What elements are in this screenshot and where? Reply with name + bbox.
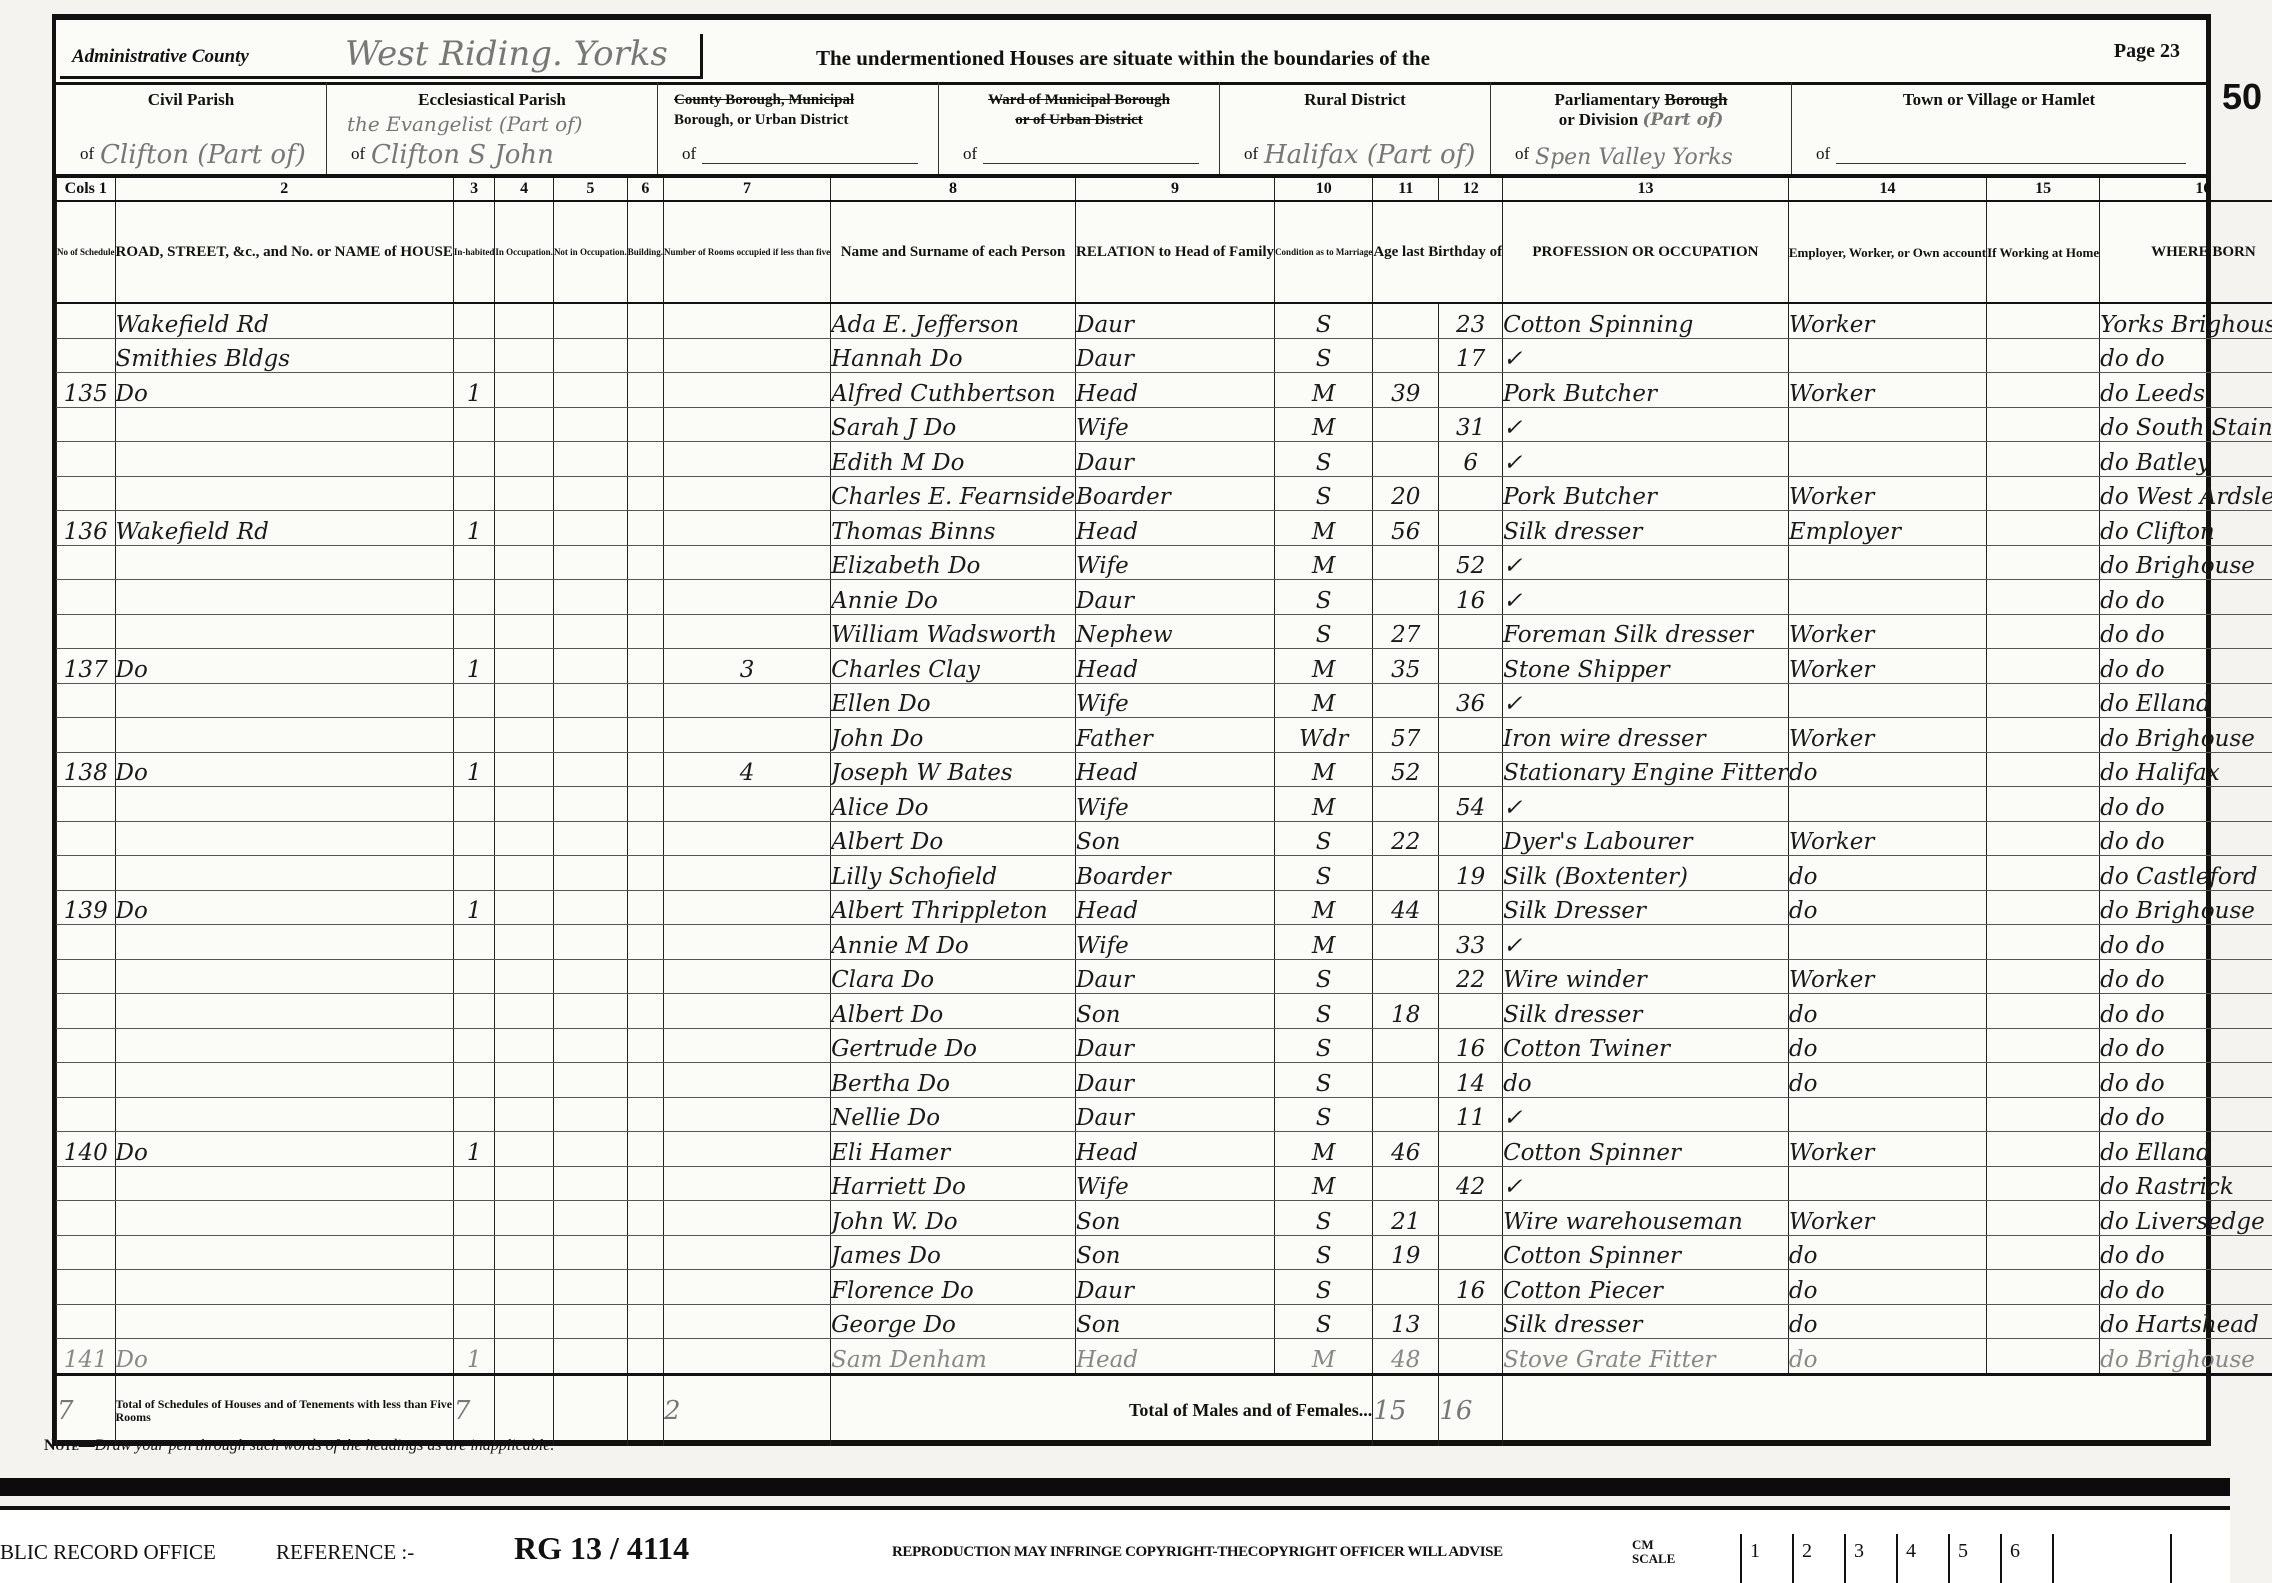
- schedule-number: [57, 545, 116, 580]
- rooms-count: [663, 476, 830, 511]
- rooms-count: [663, 994, 830, 1029]
- header-top: Administrative County West Riding. Yorks…: [56, 20, 2206, 85]
- inhabited-count: [453, 821, 495, 856]
- relation: Wife: [1076, 683, 1275, 718]
- person-name: Nellie Do: [831, 1097, 1076, 1132]
- person-row: 139Do1Albert ThrippletonHeadM44Silk Dres…: [57, 890, 2272, 925]
- person-row: Charles E. FearnsideBoarderS20Pork Butch…: [57, 476, 2272, 511]
- road-name: [115, 1028, 453, 1063]
- birthplace: do Brighouse: [2100, 718, 2272, 753]
- inhabited-count: [453, 1166, 495, 1201]
- male-age: 48: [1373, 1339, 1439, 1375]
- marital-condition: S: [1275, 580, 1373, 615]
- person-row: Wakefield RdAda E. JeffersonDaurS23Cotto…: [57, 303, 2272, 338]
- road-name: [115, 994, 453, 1029]
- road-name: [115, 580, 453, 615]
- relation: Son: [1076, 1235, 1275, 1270]
- road-name: Do: [115, 1339, 453, 1375]
- male-age: [1373, 338, 1439, 373]
- birthplace: do do: [2100, 614, 2272, 649]
- occupation: Cotton Spinner: [1503, 1235, 1789, 1270]
- occupation: Stove Grate Fitter: [1503, 1339, 1789, 1375]
- person-row: Albert DoSonS18Silk dresserdodo do: [57, 994, 2272, 1029]
- male-age: 52: [1373, 752, 1439, 787]
- marital-condition: M: [1275, 1339, 1373, 1375]
- rooms-count: [663, 959, 830, 994]
- person-row: George DoSonS13Silk dresserdodo Hartshea…: [57, 1304, 2272, 1339]
- inhabited-count: [453, 1201, 495, 1236]
- road-name: [115, 718, 453, 753]
- person-name: Joseph W Bates: [831, 752, 1076, 787]
- marital-condition: M: [1275, 545, 1373, 580]
- situate-text: The undermentioned Houses are situate wi…: [816, 46, 1430, 71]
- schedule-number: 136: [57, 511, 116, 546]
- schedule-number: 138: [57, 752, 116, 787]
- inhabited-count: [453, 856, 495, 891]
- schedule-number: [57, 1201, 116, 1236]
- person-row: Nellie DoDaurS11✓do do: [57, 1097, 2272, 1132]
- male-age: [1373, 856, 1439, 891]
- employment-status: [1788, 1097, 1986, 1132]
- male-age: [1373, 683, 1439, 718]
- employment-status: Worker: [1788, 303, 1986, 338]
- employment-status: Worker: [1788, 1132, 1986, 1167]
- female-age: 36: [1439, 683, 1503, 718]
- occupation: ✓: [1503, 1097, 1789, 1132]
- road-name: [115, 1201, 453, 1236]
- marital-condition: M: [1275, 373, 1373, 408]
- person-name: Annie M Do: [831, 925, 1076, 960]
- inhabited-count: [453, 476, 495, 511]
- rooms-count: [663, 1270, 830, 1305]
- rooms-count: [663, 718, 830, 753]
- occupation: Iron wire dresser: [1503, 718, 1789, 753]
- occupation: Wire warehouseman: [1503, 1201, 1789, 1236]
- ecclesiastical-parish: Ecclesiastical Parish the Evangelist (Pa…: [327, 82, 658, 174]
- relation: Wife: [1076, 787, 1275, 822]
- employment-status: [1788, 338, 1986, 373]
- census-table: Cols 1234567891011121314151617 No of Sch…: [56, 178, 2272, 1446]
- female-age: 16: [1439, 1270, 1503, 1305]
- inhabited-count: 1: [453, 511, 495, 546]
- female-age: [1439, 821, 1503, 856]
- birthplace: do do: [2100, 959, 2272, 994]
- birthplace: do do: [2100, 994, 2272, 1029]
- person-name: Elizabeth Do: [831, 545, 1076, 580]
- marital-condition: S: [1275, 338, 1373, 373]
- rooms-count: [663, 545, 830, 580]
- male-age: 22: [1373, 821, 1439, 856]
- inhabited-count: 1: [453, 1339, 495, 1375]
- person-row: Alice DoWifeM54✓do do: [57, 787, 2272, 822]
- marital-condition: S: [1275, 1235, 1373, 1270]
- relation: Nephew: [1076, 614, 1275, 649]
- schedule-number: 137: [57, 649, 116, 684]
- marital-condition: Wdr: [1275, 718, 1373, 753]
- total-males: 15: [1373, 1374, 1439, 1446]
- birthplace: Yorks Brighouse: [2100, 303, 2272, 338]
- marital-condition: M: [1275, 752, 1373, 787]
- person-name: Lilly Schofield: [831, 856, 1076, 891]
- birthplace: do Brighouse: [2100, 545, 2272, 580]
- cm-scale-label: CM SCALE: [1632, 1538, 1682, 1566]
- road-name: [115, 925, 453, 960]
- inhabited-count: [453, 925, 495, 960]
- female-age: 52: [1439, 545, 1503, 580]
- female-age: [1439, 890, 1503, 925]
- birthplace: do Elland: [2100, 683, 2272, 718]
- census-sheet: Administrative County West Riding. Yorks…: [52, 14, 2211, 1446]
- female-age: 22: [1439, 959, 1503, 994]
- relation: Daur: [1076, 338, 1275, 373]
- inhabited-count: [453, 1304, 495, 1339]
- road-name: Do: [115, 373, 453, 408]
- person-row: Bertha DoDaurS14dododo do: [57, 1063, 2272, 1098]
- relation: Daur: [1076, 959, 1275, 994]
- road-name: [115, 787, 453, 822]
- males-females-label: Total of Males and of Females...: [831, 1374, 1373, 1446]
- female-age: [1439, 1201, 1503, 1236]
- schedule-number: [57, 1063, 116, 1098]
- person-row: Clara DoDaurS22Wire winderWorkerdo do: [57, 959, 2272, 994]
- schedule-number: [57, 442, 116, 477]
- person-row: Harriett DoWifeM42✓do Rastrick: [57, 1166, 2272, 1201]
- occupation: Silk dresser: [1503, 994, 1789, 1029]
- employment-status: do: [1788, 1304, 1986, 1339]
- schedule-number: 139: [57, 890, 116, 925]
- person-row: Gertrude DoDaurS16Cotton Twinerdodo do: [57, 1028, 2272, 1063]
- inhabited-count: [453, 303, 495, 338]
- occupation: ✓: [1503, 545, 1789, 580]
- birthplace: do Brighouse: [2100, 890, 2272, 925]
- relation: Head: [1076, 1339, 1275, 1375]
- road-name: [115, 821, 453, 856]
- person-row: Elizabeth DoWifeM52✓do Brighouse: [57, 545, 2272, 580]
- female-age: [1439, 1235, 1503, 1270]
- marital-condition: S: [1275, 994, 1373, 1029]
- schedule-number: [57, 787, 116, 822]
- employment-status: [1788, 683, 1986, 718]
- person-row: John DoFatherWdr57Iron wire dresserWorke…: [57, 718, 2272, 753]
- note: Note—Draw your pen through such words of…: [44, 1437, 554, 1455]
- occupation: Silk dresser: [1503, 1304, 1789, 1339]
- relation: Son: [1076, 821, 1275, 856]
- inhabited-count: [453, 1063, 495, 1098]
- person-name: John Do: [831, 718, 1076, 753]
- employment-status: Worker: [1788, 718, 1986, 753]
- person-name: Clara Do: [831, 959, 1076, 994]
- female-age: [1439, 752, 1503, 787]
- relation: Daur: [1076, 580, 1275, 615]
- relation: Head: [1076, 1132, 1275, 1167]
- inhabited-count: [453, 1270, 495, 1305]
- relation: Head: [1076, 511, 1275, 546]
- road-name: [115, 1270, 453, 1305]
- marital-condition: S: [1275, 959, 1373, 994]
- occupation: ✓: [1503, 442, 1789, 477]
- rooms-count: [663, 890, 830, 925]
- male-age: 46: [1373, 1132, 1439, 1167]
- road-name: Wakefield Rd: [115, 303, 453, 338]
- marital-condition: S: [1275, 821, 1373, 856]
- birthplace: do do: [2100, 1063, 2272, 1098]
- birthplace: do do: [2100, 338, 2272, 373]
- inhabited-count: [453, 545, 495, 580]
- rooms-count: [663, 925, 830, 960]
- road-name: Do: [115, 752, 453, 787]
- employment-status: Worker: [1788, 373, 1986, 408]
- male-age: 20: [1373, 476, 1439, 511]
- person-row: Florence DoDaurS16Cotton Piecerdodo do: [57, 1270, 2272, 1305]
- female-age: [1439, 476, 1503, 511]
- male-age: [1373, 407, 1439, 442]
- schedule-number: [57, 1235, 116, 1270]
- schedule-number: [57, 1028, 116, 1063]
- schedule-number: [57, 925, 116, 960]
- employment-status: do: [1788, 994, 1986, 1029]
- birthplace: do do: [2100, 1270, 2272, 1305]
- occupation: Cotton Spinner: [1503, 1132, 1789, 1167]
- inhabited-count: [453, 338, 495, 373]
- female-age: [1439, 994, 1503, 1029]
- totals-row: 7 Total of Schedules of Houses and of Te…: [57, 1374, 2272, 1446]
- occupation: ✓: [1503, 925, 1789, 960]
- road-name: [115, 476, 453, 511]
- total-females: 16: [1439, 1374, 1503, 1446]
- person-row: Edith M DoDaurS6✓do Batley: [57, 442, 2272, 477]
- male-age: [1373, 925, 1439, 960]
- female-age: 19: [1439, 856, 1503, 891]
- person-name: Eli Hamer: [831, 1132, 1076, 1167]
- relation: Wife: [1076, 925, 1275, 960]
- inhabited-count: 1: [453, 649, 495, 684]
- birthplace: do Brighouse: [2100, 1339, 2272, 1375]
- employment-status: do: [1788, 856, 1986, 891]
- employment-status: do: [1788, 1235, 1986, 1270]
- person-name: George Do: [831, 1304, 1076, 1339]
- person-row: Albert DoSonS22Dyer's LabourerWorkerdo d…: [57, 821, 2272, 856]
- person-row: 135Do1Alfred CuthbertsonHeadM39Pork Butc…: [57, 373, 2272, 408]
- male-age: [1373, 442, 1439, 477]
- employment-status: [1788, 787, 1986, 822]
- person-row: Lilly SchofieldBoarderS19Silk (Boxtenter…: [57, 856, 2272, 891]
- occupation: Cotton Spinning: [1503, 303, 1789, 338]
- male-age: [1373, 545, 1439, 580]
- occupation: Pork Butcher: [1503, 373, 1789, 408]
- person-row: Annie DoDaurS16✓do do: [57, 580, 2272, 615]
- person-name: Charles Clay: [831, 649, 1076, 684]
- male-age: [1373, 1063, 1439, 1098]
- person-row: John W. DoSonS21Wire warehousemanWorkerd…: [57, 1201, 2272, 1236]
- rooms-count: [663, 1097, 830, 1132]
- schedule-number: [57, 407, 116, 442]
- rooms-count: [663, 338, 830, 373]
- relation: Boarder: [1076, 856, 1275, 891]
- marital-condition: M: [1275, 649, 1373, 684]
- road-name: Do: [115, 890, 453, 925]
- employment-status: do: [1788, 1339, 1986, 1375]
- birthplace: do do: [2100, 787, 2272, 822]
- person-name: William Wadsworth: [831, 614, 1076, 649]
- occupation: ✓: [1503, 1166, 1789, 1201]
- road-name: [115, 959, 453, 994]
- marital-condition: S: [1275, 1270, 1373, 1305]
- relation: Boarder: [1076, 476, 1275, 511]
- employment-status: [1788, 545, 1986, 580]
- inhabited-count: [453, 787, 495, 822]
- marital-condition: M: [1275, 407, 1373, 442]
- birthplace: do do: [2100, 821, 2272, 856]
- rooms-count: [663, 407, 830, 442]
- birthplace: do do: [2100, 580, 2272, 615]
- marital-condition: S: [1275, 1063, 1373, 1098]
- person-name: Sam Denham: [831, 1339, 1076, 1375]
- female-age: 11: [1439, 1097, 1503, 1132]
- female-age: 33: [1439, 925, 1503, 960]
- employment-status: do: [1788, 752, 1986, 787]
- relation: Daur: [1076, 1028, 1275, 1063]
- birthplace: do do: [2100, 925, 2272, 960]
- male-age: [1373, 1270, 1439, 1305]
- schedule-number: 140: [57, 1132, 116, 1167]
- rooms-count: 3: [663, 649, 830, 684]
- birthplace: do Leeds: [2100, 373, 2272, 408]
- cm-scale: 1 2 3 4 5 6: [1740, 1534, 2172, 1583]
- person-name: Harriett Do: [831, 1166, 1076, 1201]
- rooms-count: [663, 580, 830, 615]
- employment-status: Worker: [1788, 1201, 1986, 1236]
- road-name: Wakefield Rd: [115, 511, 453, 546]
- birthplace: do do: [2100, 1235, 2272, 1270]
- birthplace: do Liversedge: [2100, 1201, 2272, 1236]
- reference-label: REFERENCE :-: [276, 1540, 414, 1565]
- person-name: Ada E. Jefferson: [831, 303, 1076, 338]
- person-name: Thomas Binns: [831, 511, 1076, 546]
- person-row: William WadsworthNephewS27Foreman Silk d…: [57, 614, 2272, 649]
- person-name: Ellen Do: [831, 683, 1076, 718]
- birthplace: do do: [2100, 1097, 2272, 1132]
- district-boundaries: Civil Parish of Clifton (Part of) Eccles…: [56, 82, 2206, 178]
- occupation: ✓: [1503, 683, 1789, 718]
- rooms-count: [663, 1063, 830, 1098]
- schedule-number: [57, 1097, 116, 1132]
- female-age: 31: [1439, 407, 1503, 442]
- male-age: 18: [1373, 994, 1439, 1029]
- road-name: Do: [115, 1132, 453, 1167]
- occupation: Stone Shipper: [1503, 649, 1789, 684]
- male-age: 56: [1373, 511, 1439, 546]
- occupation: Silk dresser: [1503, 511, 1789, 546]
- employment-status: do: [1788, 1063, 1986, 1098]
- relation: Son: [1076, 1304, 1275, 1339]
- admin-county-value: West Riding. Yorks: [345, 34, 668, 74]
- rural-district-value: Halifax (Part of): [1264, 140, 1475, 170]
- person-rows: Wakefield RdAda E. JeffersonDaurS23Cotto…: [57, 303, 2272, 1374]
- rooms-count: [663, 614, 830, 649]
- person-name: Alice Do: [831, 787, 1076, 822]
- person-name: Annie Do: [831, 580, 1076, 615]
- rooms-count: [663, 1201, 830, 1236]
- employment-status: Employer: [1788, 511, 1986, 546]
- schedule-number: [57, 303, 116, 338]
- archive-footer: BLIC RECORD OFFICE REFERENCE :- RG 13 / …: [0, 1506, 2230, 1583]
- reference-value: RG 13 / 4114: [514, 1530, 689, 1567]
- male-age: 27: [1373, 614, 1439, 649]
- relation: Father: [1076, 718, 1275, 753]
- relation: Head: [1076, 890, 1275, 925]
- rooms-count: [663, 1132, 830, 1167]
- total-schedules: 7: [57, 1374, 116, 1446]
- schedule-number: [57, 718, 116, 753]
- column-headings: No of Schedule ROAD, STREET, &c., and No…: [57, 201, 2272, 303]
- male-age: 13: [1373, 1304, 1439, 1339]
- road-name: [115, 407, 453, 442]
- marital-condition: M: [1275, 890, 1373, 925]
- person-name: Alfred Cuthbertson: [831, 373, 1076, 408]
- schedule-number: [57, 338, 116, 373]
- person-row: Annie M DoWifeM33✓do do: [57, 925, 2272, 960]
- relation: Wife: [1076, 1166, 1275, 1201]
- female-age: [1439, 1304, 1503, 1339]
- total-inhabited: 7: [453, 1374, 495, 1446]
- employment-status: Worker: [1788, 821, 1986, 856]
- male-age: [1373, 787, 1439, 822]
- inhabited-count: 1: [453, 890, 495, 925]
- employment-status: [1788, 925, 1986, 960]
- side-number: 50: [2222, 76, 2262, 118]
- inhabited-count: [453, 1028, 495, 1063]
- employment-status: do: [1788, 1270, 1986, 1305]
- male-age: [1373, 303, 1439, 338]
- road-name: [115, 683, 453, 718]
- relation: Head: [1076, 373, 1275, 408]
- female-age: 54: [1439, 787, 1503, 822]
- marital-condition: S: [1275, 1201, 1373, 1236]
- rooms-count: [663, 1166, 830, 1201]
- inhabited-count: [453, 442, 495, 477]
- admin-county: Administrative County West Riding. Yorks: [60, 34, 703, 79]
- relation: Daur: [1076, 1063, 1275, 1098]
- person-row: 138Do14Joseph W BatesHeadM52Stationary E…: [57, 752, 2272, 787]
- person-row: 137Do13Charles ClayHeadM35Stone ShipperW…: [57, 649, 2272, 684]
- birthplace: do Rastrick: [2100, 1166, 2272, 1201]
- person-row: 140Do1Eli HamerHeadM46Cotton SpinnerWork…: [57, 1132, 2272, 1167]
- totals-label: Total of Schedules of Houses and of Tene…: [115, 1374, 453, 1446]
- person-name: Albert Do: [831, 994, 1076, 1029]
- road-name: [115, 1097, 453, 1132]
- marital-condition: M: [1275, 1132, 1373, 1167]
- town-village-hamlet: Town or Village or Hamlet of: [1792, 82, 2206, 174]
- rooms-count: [663, 683, 830, 718]
- occupation: ✓: [1503, 787, 1789, 822]
- inhabited-count: [453, 718, 495, 753]
- birthplace: do Elland: [2100, 1132, 2272, 1167]
- female-age: [1439, 1339, 1503, 1375]
- ecclesiastical-parish-value: Clifton S John: [371, 140, 554, 170]
- relation: Daur: [1076, 1097, 1275, 1132]
- marital-condition: S: [1275, 476, 1373, 511]
- rooms-count: 4: [663, 752, 830, 787]
- female-age: [1439, 614, 1503, 649]
- employment-status: [1788, 407, 1986, 442]
- marital-condition: M: [1275, 683, 1373, 718]
- schedule-number: [57, 959, 116, 994]
- admin-county-label: Administrative County: [72, 46, 249, 68]
- schedule-number: [57, 821, 116, 856]
- person-row: James DoSonS19Cotton Spinnerdodo do: [57, 1235, 2272, 1270]
- female-age: [1439, 1132, 1503, 1167]
- road-name: [115, 545, 453, 580]
